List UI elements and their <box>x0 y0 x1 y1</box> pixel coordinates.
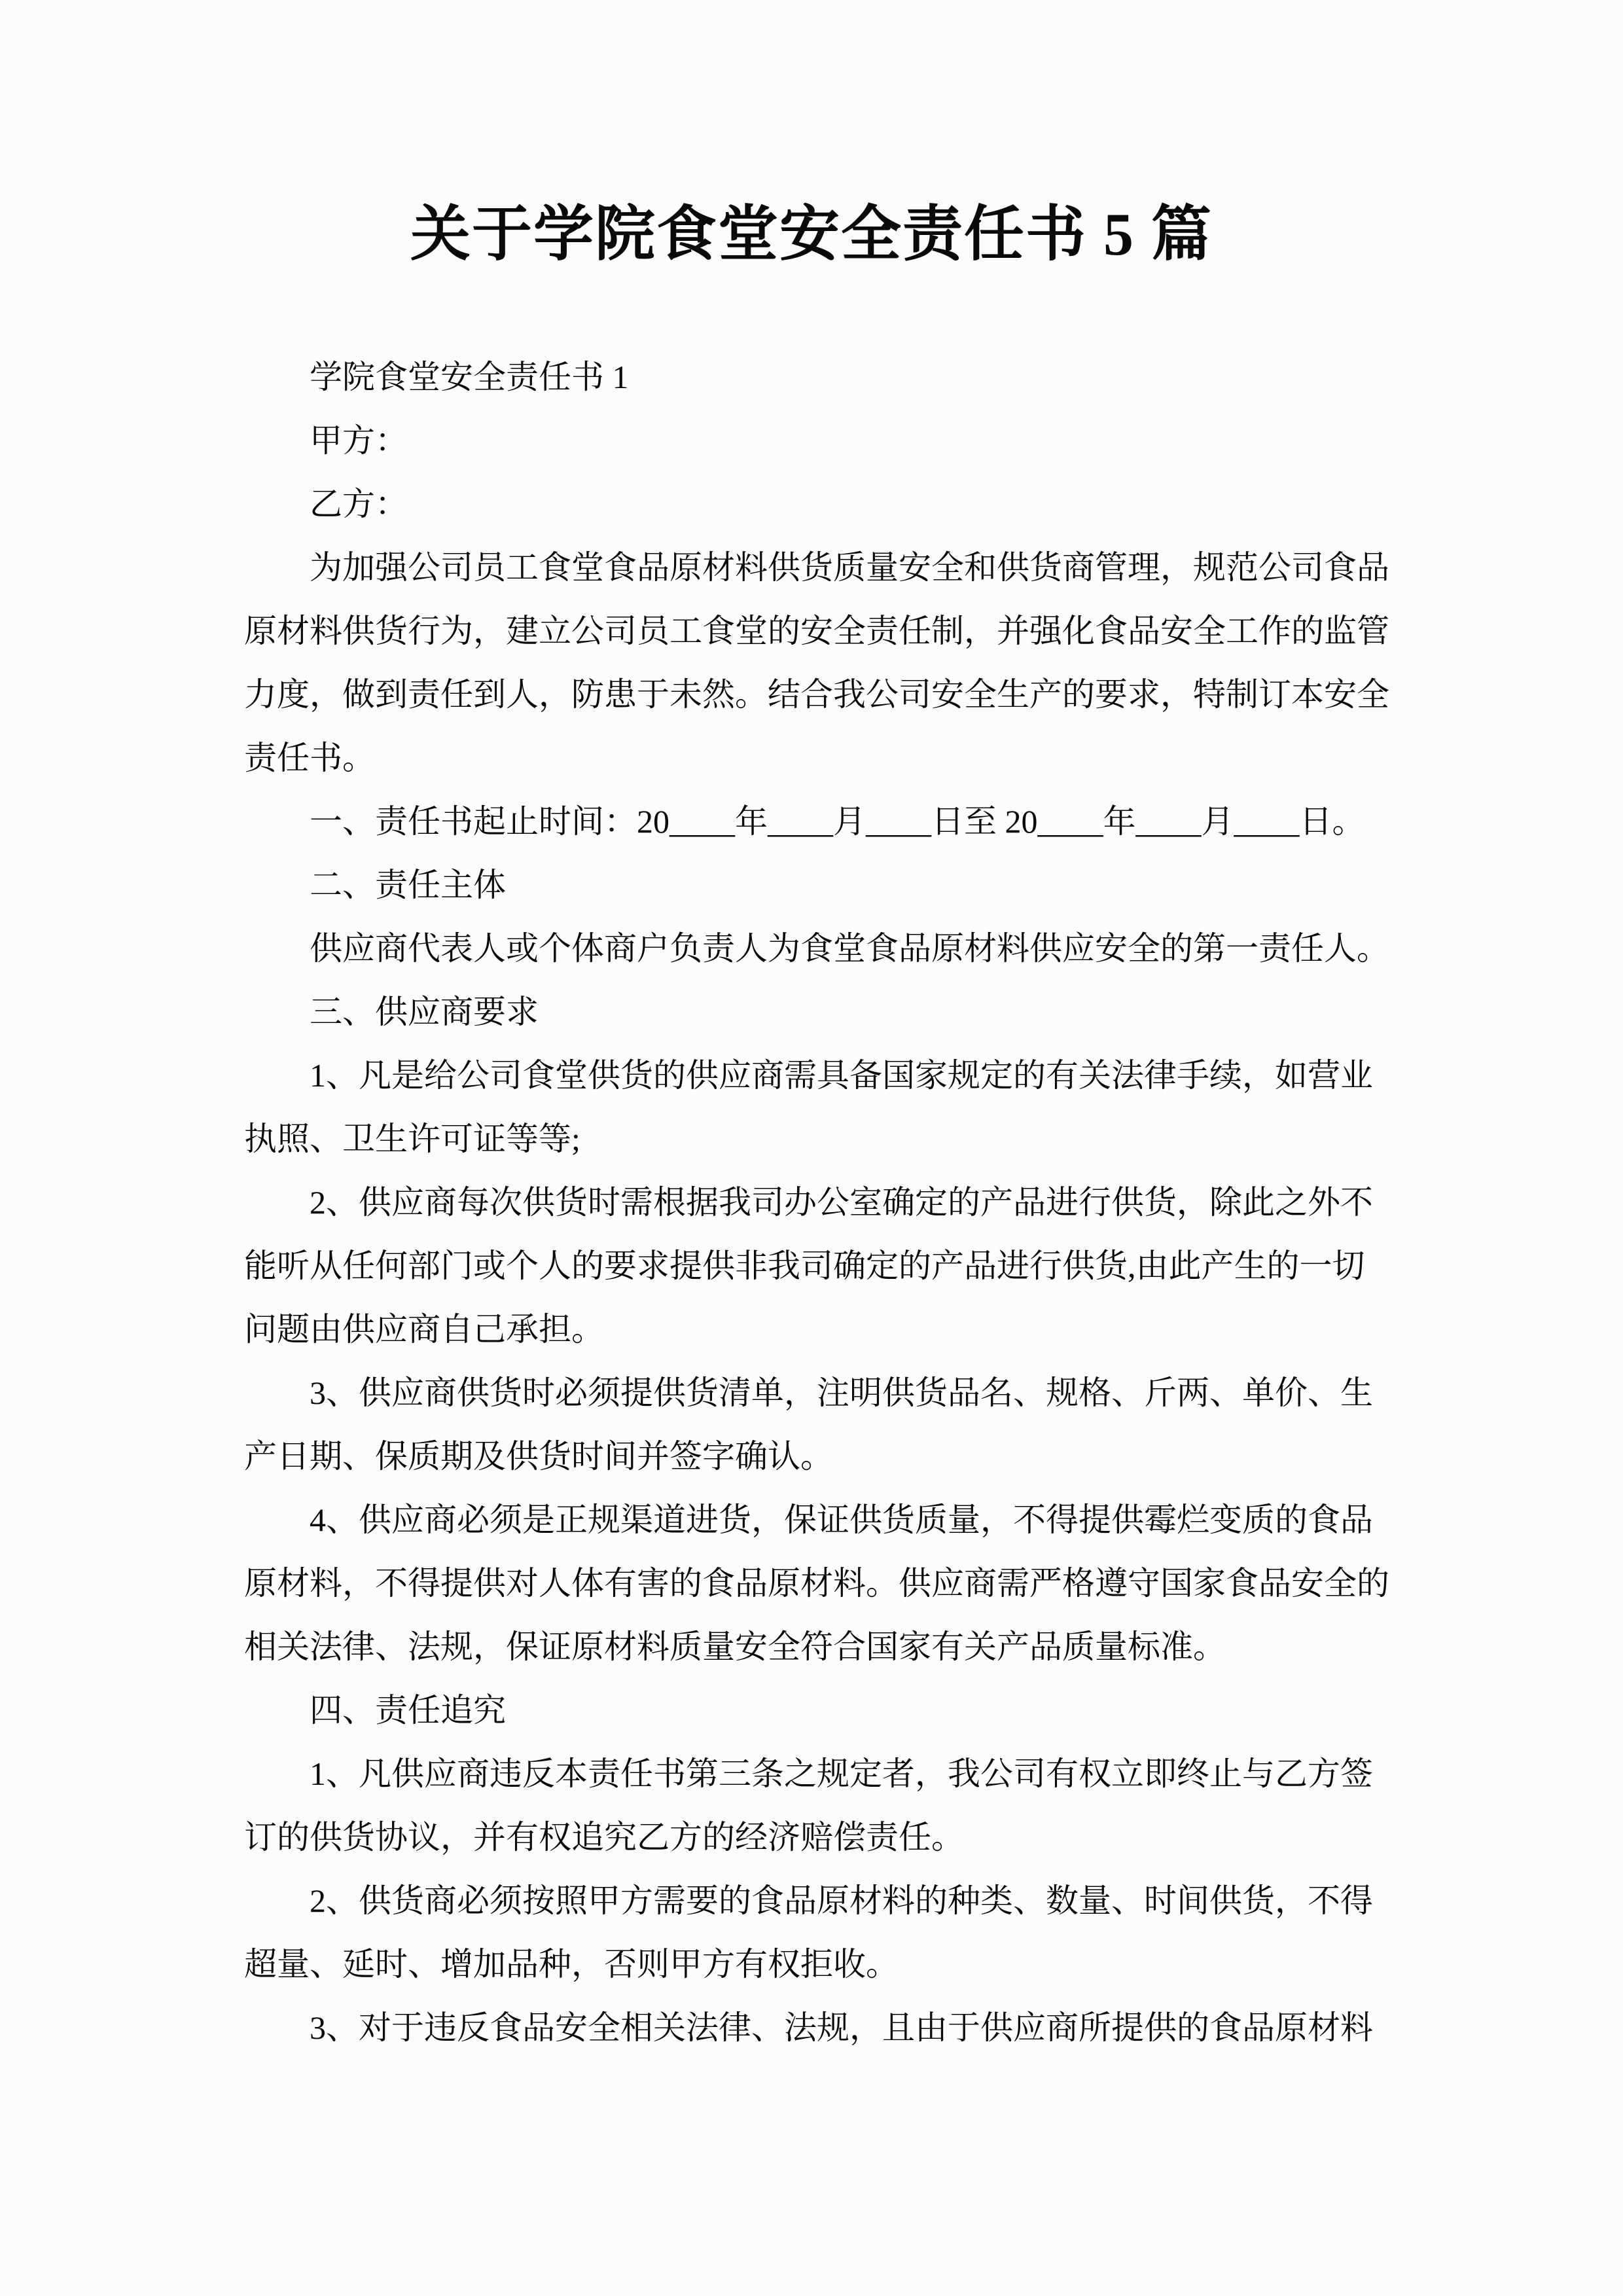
document-title: 关于学院食堂安全责任书 5 篇 <box>0 194 1623 275</box>
text-line-content: 责任书。 <box>244 740 375 776</box>
text-line-content: 供应商代表人或个体商户负责人为食堂食品原材料供应安全的第一责任人。 <box>310 930 1389 967</box>
text-line-content: 原材料供货行为，建立公司员工食堂的安全责任制，并强化食品安全工作的监管 <box>244 613 1389 649</box>
text-line-content: 2、供货商必须按照甲方需要的食品原材料的种类、数量、时间供货，不得 <box>310 1882 1373 1919</box>
text-line: 二、责任主体 <box>244 853 1409 917</box>
text-line-content: 三、供应商要求 <box>310 994 539 1030</box>
text-line: 供应商代表人或个体商户负责人为食堂食品原材料供应安全的第一责任人。 <box>244 917 1409 980</box>
text-line: 原材料，不得提供对人体有害的食品原材料。供应商需严格遵守国家食品安全的 <box>244 1552 1409 1615</box>
text-line-content: 4、供应商必须是正规渠道进货，保证供货质量，不得提供霉烂变质的食品 <box>310 1501 1373 1538</box>
text-line: 执照、卫生许可证等等; <box>244 1107 1409 1171</box>
text-line: 能听从任何部门或个人的要求提供非我司确定的产品进行供货,由此产生的一切 <box>244 1234 1409 1298</box>
text-line: 问题由供应商自己承担。 <box>244 1298 1409 1361</box>
text-line-content: 四、责任追究 <box>310 1692 506 1729</box>
text-line: 2、供应商每次供货时需根据我司办公室确定的产品进行供货，除此之外不 <box>244 1171 1409 1234</box>
text-line: 乙方： <box>244 473 1409 536</box>
text-line: 1、凡供应商违反本责任书第三条之规定者，我公司有权立即终止与乙方签 <box>244 1742 1409 1806</box>
text-line: 三、供应商要求 <box>244 980 1409 1044</box>
text-line-content: 原材料，不得提供对人体有害的食品原材料。供应商需严格遵守国家食品安全的 <box>244 1565 1389 1602</box>
text-line-content: 为加强公司员工食堂食品原材料供货质量安全和供货商管理，规范公司食品 <box>310 549 1389 586</box>
text-line-content: 能听从任何部门或个人的要求提供非我司确定的产品进行供货,由此产生的一切 <box>244 1247 1365 1284</box>
text-line: 订的供货协议，并有权追究乙方的经济赔偿责任。 <box>244 1806 1409 1869</box>
text-line-content: 一、责任书起止时间：20____年____月____日至 20____年____… <box>310 803 1365 840</box>
text-line: 超量、延时、增加品种，否则甲方有权拒收。 <box>244 1933 1409 1996</box>
text-line: 3、供应商供货时必须提供货清单，注明供货品名、规格、斤两、单价、生 <box>244 1361 1409 1425</box>
text-line-content: 问题由供应商自己承担。 <box>244 1311 604 1348</box>
text-line-content: 乙方： <box>310 486 408 522</box>
text-line: 1、凡是给公司食堂供货的供应商需具备国家规定的有关法律手续，如营业 <box>244 1044 1409 1107</box>
text-line: 相关法律、法规，保证原材料质量安全符合国家有关产品质量标准。 <box>244 1615 1409 1679</box>
text-line: 产日期、保质期及供货时间并签字确认。 <box>244 1425 1409 1488</box>
text-line-content: 二、责任主体 <box>310 867 506 903</box>
text-line: 3、对于违反食品安全相关法律、法规，且由于供应商所提供的食品原材料 <box>244 1996 1409 2060</box>
text-line: 学院食堂安全责任书 1 <box>244 346 1409 409</box>
text-line-content: 产日期、保质期及供货时间并签字确认。 <box>244 1438 833 1475</box>
text-line: 责任书。 <box>244 726 1409 790</box>
text-line-content: 3、对于违反食品安全相关法律、法规，且由于供应商所提供的食品原材料 <box>310 2009 1373 2046</box>
text-line: 为加强公司员工食堂食品原材料供货质量安全和供货商管理，规范公司食品 <box>244 536 1409 600</box>
text-line: 2、供货商必须按照甲方需要的食品原材料的种类、数量、时间供货，不得 <box>244 1869 1409 1933</box>
text-line-content: 3、供应商供货时必须提供货清单，注明供货品名、规格、斤两、单价、生 <box>310 1374 1373 1411</box>
text-line-content: 超量、延时、增加品种，否则甲方有权拒收。 <box>244 1946 899 1982</box>
text-line: 原材料供货行为，建立公司员工食堂的安全责任制，并强化食品安全工作的监管 <box>244 600 1409 663</box>
text-line-content: 1、凡供应商违反本责任书第三条之规定者，我公司有权立即终止与乙方签 <box>310 1755 1373 1792</box>
text-line-content: 学院食堂安全责任书 1 <box>310 359 629 395</box>
text-line: 四、责任追究 <box>244 1679 1409 1742</box>
text-line-content: 力度，做到责任到人，防患于未然。结合我公司安全生产的要求，特制订本安全 <box>244 676 1389 713</box>
document-body: 学院食堂安全责任书 1 甲方： 乙方： 为加强公司员工食堂食品原材料供货质量安全… <box>244 346 1409 2060</box>
text-line: 甲方： <box>244 409 1409 473</box>
text-line-content: 甲方： <box>310 422 408 459</box>
document-page: 关于学院食堂安全责任书 5 篇 学院食堂安全责任书 1 甲方： 乙方： 为加强公… <box>0 0 1623 2296</box>
text-line-content: 订的供货协议，并有权追究乙方的经济赔偿责任。 <box>244 1819 964 1856</box>
text-line: 力度，做到责任到人，防患于未然。结合我公司安全生产的要求，特制订本安全 <box>244 663 1409 726</box>
text-line-content: 2、供应商每次供货时需根据我司办公室确定的产品进行供货，除此之外不 <box>310 1184 1373 1221</box>
text-line: 4、供应商必须是正规渠道进货，保证供货质量，不得提供霉烂变质的食品 <box>244 1488 1409 1552</box>
text-line-content: 相关法律、法规，保证原材料质量安全符合国家有关产品质量标准。 <box>244 1628 1226 1665</box>
text-line-content: 1、凡是给公司食堂供货的供应商需具备国家规定的有关法律手续，如营业 <box>310 1057 1373 1094</box>
text-line-content: 执照、卫生许可证等等; <box>244 1121 580 1157</box>
text-line: 一、责任书起止时间：20____年____月____日至 20____年____… <box>244 790 1409 853</box>
